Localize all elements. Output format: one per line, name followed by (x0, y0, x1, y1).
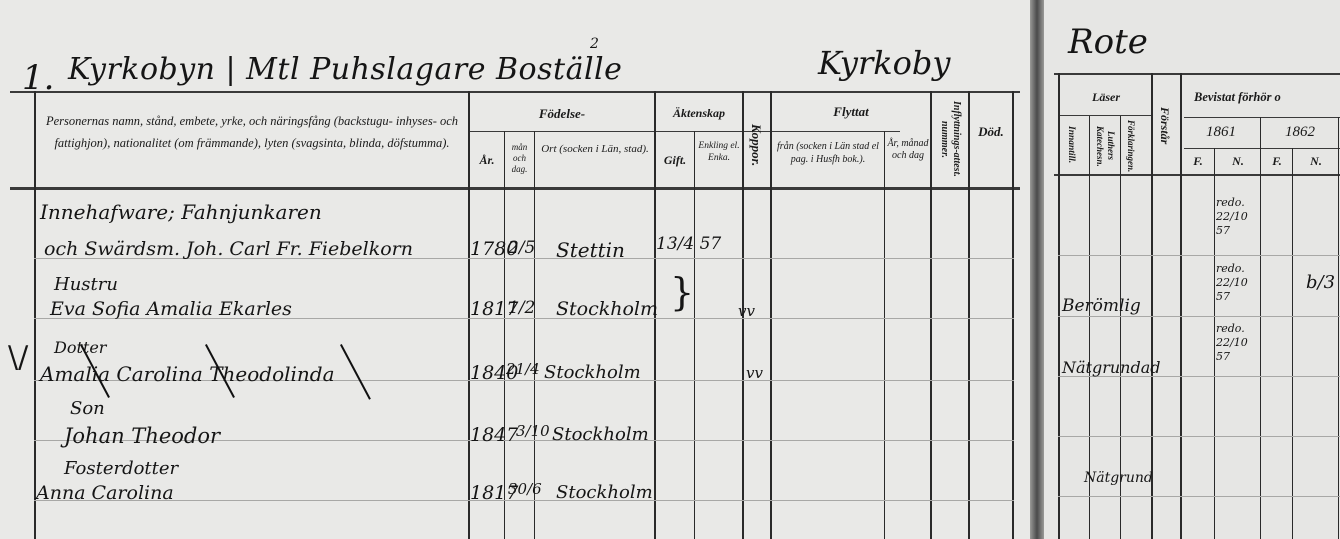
catechism-header: Luthers Katechesn. (1094, 120, 1116, 172)
col-rule (534, 131, 535, 539)
reads-group-header: Läser (1060, 90, 1152, 105)
row-birth-place: Stockholm (556, 298, 658, 320)
row-name: Amalia Carolina Theodolinda (40, 362, 335, 386)
died-header: Död. (970, 124, 1012, 140)
by-heart-header: Innantill. (1066, 120, 1076, 170)
n-header-2: N. (1294, 154, 1338, 169)
row-rule (1058, 255, 1340, 256)
col-rule (694, 131, 695, 539)
row-birth-place: Stockholm (552, 424, 649, 445)
row-rule (1058, 316, 1340, 317)
row-smallpox: vv (746, 364, 763, 382)
location-superscript: 2 (590, 36, 599, 52)
row-rule (1058, 496, 1340, 497)
book-gutter (1030, 0, 1044, 539)
village-name: Kyrkoby (818, 44, 950, 82)
col-rule (1338, 117, 1339, 539)
widowed-header: Enkling el. Enka. (696, 140, 742, 164)
subheader-rule (1184, 117, 1340, 118)
col-rule (1058, 73, 1060, 539)
attended-group-header: Bevistat förhör o (1194, 90, 1340, 105)
explanation-header: Förklaringen. (1125, 120, 1136, 172)
row-note: redo. 22/10 57 (1216, 322, 1260, 364)
right-page: Rote Läser Innantill. Luthers Katechesn.… (1044, 0, 1340, 539)
f-header-1: F. (1182, 154, 1214, 169)
understands-header: Förstår (1157, 96, 1172, 156)
row-birth-day: 2/5 (508, 238, 535, 258)
row-birth-day: 30/6 (508, 480, 542, 498)
header-top-rule (10, 91, 1020, 93)
marriage-group-header: Äktenskap (656, 106, 742, 121)
moving-cert-header: Inflyttnings-attest. nummer. (938, 92, 962, 186)
rote-heading: Rote (1068, 22, 1148, 62)
header-bottom-rule (1054, 174, 1340, 176)
left-page: 1. Kyrkobyn | Mtl Puhslagare Boställe 2 … (0, 0, 1030, 539)
row-rule (34, 500, 1014, 501)
row-birth-day: 21/4 (506, 360, 540, 378)
row-name: Johan Theodor (64, 424, 220, 448)
row-name: Eva Sofia Amalia Ekarles (50, 298, 292, 320)
col-rule (504, 131, 505, 539)
row-married: 13/4 57 (656, 234, 721, 254)
row-reads: Berömlig (1062, 296, 1141, 316)
subheader-rule (1060, 115, 1152, 116)
row-rule (1058, 436, 1340, 437)
col-rule (930, 91, 932, 539)
col-rule (1012, 91, 1014, 539)
row-role: Dotter (54, 338, 106, 357)
birth-place-header: Ort (socken i Län, stad). (540, 142, 650, 156)
birth-group-header: Födelse- (470, 106, 654, 122)
row-birth-year: 1847 (470, 424, 518, 446)
col-rule (968, 91, 970, 539)
row-birth-place: Stockholm (556, 482, 653, 503)
col-rule (1214, 148, 1215, 539)
n-header-1: N. (1216, 154, 1260, 169)
row-married: } (670, 270, 694, 314)
moved-date-header: År, månad och dag (886, 138, 930, 162)
row-role: Son (70, 398, 105, 419)
row-reads: Nätgrundad (1062, 358, 1161, 377)
row-birth-day: 3/10 (516, 422, 550, 440)
col-rule (1180, 73, 1182, 539)
row-birth-place: Stettin (556, 238, 625, 262)
birth-year-header: År. (470, 153, 504, 168)
header-top-rule (1054, 73, 1340, 75)
persons-column-header: Personernas namn, stånd, embete, yrke, o… (40, 110, 464, 154)
year-1862-header: 1862 (1262, 124, 1338, 141)
row-smallpox: vv (738, 302, 755, 320)
moved-from-header: från (socken i Län stad el pag. i Husfh … (772, 140, 884, 166)
row-birth-place: Stockholm (544, 362, 641, 383)
row-name: Anna Carolina (36, 482, 174, 504)
birth-day-header: mån och dag. (505, 142, 534, 175)
row-note: redo. 22/10 57 (1216, 196, 1260, 238)
row-role: Innehafware; Fahnjunkaren (40, 200, 322, 224)
row-name: och Swärdsm. Joh. Carl Fr. Fiebelkorn (44, 238, 413, 260)
subheader-rule (1184, 148, 1340, 149)
strike-mark (340, 344, 371, 400)
row-n2: b/3 (1306, 272, 1335, 293)
col-rule (884, 131, 885, 539)
smallpox-header: Koppor. (748, 110, 764, 180)
row-reads: Nätgrund (1084, 470, 1153, 486)
married-header: Gift. (656, 153, 694, 168)
row-role: Hustru (54, 274, 118, 295)
household-location: Kyrkobyn | Mtl Puhslagare Boställe (68, 52, 622, 87)
col-rule (34, 91, 36, 539)
row-birth-day: 1/2 (508, 298, 535, 318)
col-rule (1260, 117, 1261, 539)
col-rule (1292, 148, 1293, 539)
row-note: redo. 22/10 57 (1216, 262, 1260, 304)
moved-group-header: Flyttat (772, 104, 930, 120)
f-header-2: F. (1262, 154, 1292, 169)
year-1861-header: 1861 (1182, 124, 1260, 141)
header-bottom-rule (10, 187, 1020, 190)
margin-check-mark: \/ (8, 340, 28, 375)
row-role: Fosterdotter (64, 458, 178, 479)
